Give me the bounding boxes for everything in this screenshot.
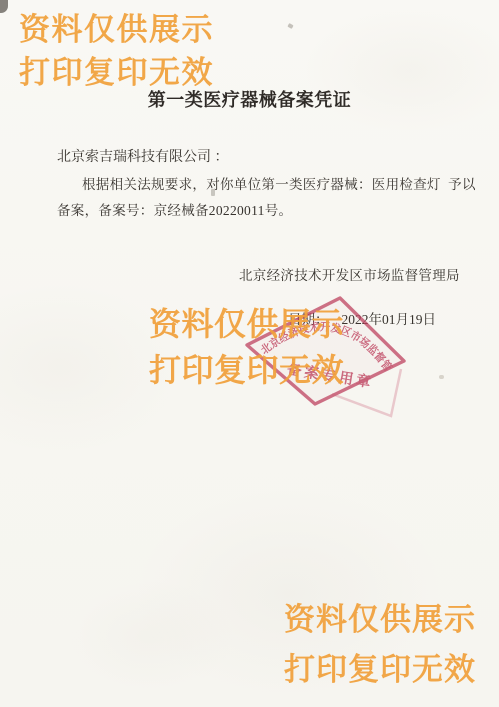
watermark-line-2: 打印复印无效 — [149, 347, 344, 393]
body-paragraph-line2: 备案，备案号：京经械备20220011号。 — [57, 199, 292, 219]
issuing-authority-name: 北京经济技术开发区市场监督管理局 — [239, 264, 460, 284]
watermark-middle: 资料仅供展示 打印复印无效 — [149, 301, 344, 393]
watermark-bottom: 资料仅供展示 打印复印无效 — [284, 595, 476, 695]
scan-corner-smudge — [0, 0, 8, 13]
watermark-line-1: 资料仅供展示 — [149, 301, 344, 347]
scanned-certificate-page: 第一类医疗器械备案凭证 北京索吉瑞科技有限公司 ： 根据相关法规要求，对你单位第… — [0, 0, 499, 707]
addressee-company-name: 北京索吉瑞科技有限公司 ： — [57, 146, 229, 166]
scan-speck — [439, 375, 444, 379]
watermark-line-2: 打印复印无效 — [284, 645, 476, 695]
watermark-line-1: 资料仅供展示 — [284, 595, 476, 645]
watermark-top: 资料仅供展示 打印复印无效 — [19, 9, 214, 95]
watermark-line-1: 资料仅供展示 — [19, 9, 214, 52]
watermark-line-2: 打印复印无效 — [19, 52, 214, 95]
scan-speck — [287, 23, 293, 29]
body-paragraph-line1: 根据相关法规要求，对你单位第一类医疗器械：医用检查灯 予以 — [82, 173, 476, 193]
